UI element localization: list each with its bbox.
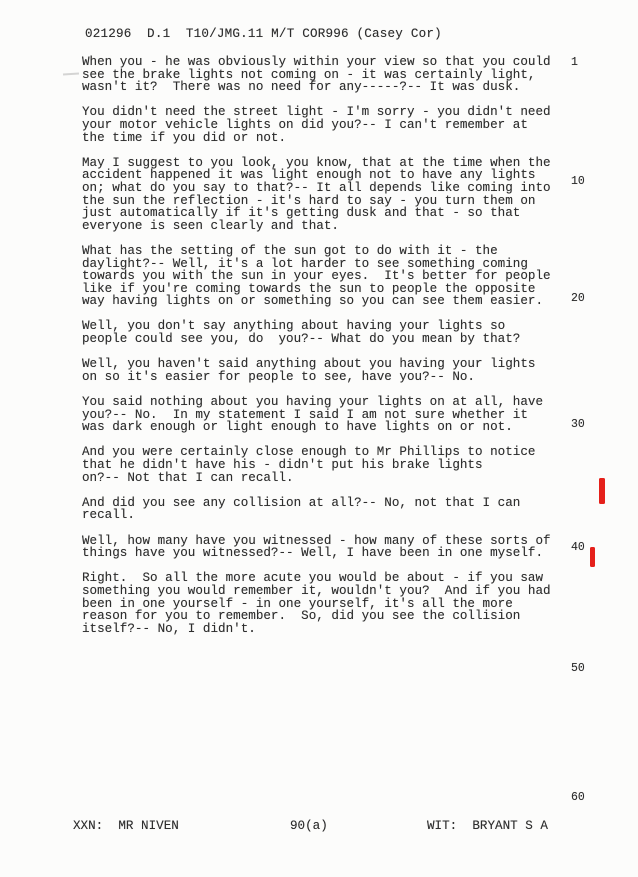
transcript-body: When you - he was obviously within your … [82,56,572,648]
line-number: 50 [571,663,595,675]
transcript-paragraph: You didn't need the street light - I'm s… [82,106,572,144]
line-number: 60 [571,792,595,804]
witness-name: WIT: BRYANT S A [427,820,548,833]
transcript-paragraph: And you were certainly close enough to M… [82,446,572,484]
transcript-paragraph: What has the setting of the sun got to d… [82,245,572,308]
page-header: 021296 D.1 T10/JMG.11 M/T COR996 (Casey … [85,28,442,41]
page-number: 90(a) [290,820,328,833]
examiner-name: XXN: MR NIVEN [73,820,179,833]
line-number: 20 [571,293,595,305]
transcript-paragraph: Right. So all the more acute you would b… [82,572,572,635]
transcript-paragraph: And did you see any collision at all?-- … [82,497,572,522]
transcript-paragraph: Well, you haven't said anything about yo… [82,358,572,383]
transcript-page: 021296 D.1 T10/JMG.11 M/T COR996 (Casey … [0,0,638,877]
line-number: 30 [571,419,595,431]
line-number: 1 [571,57,595,69]
transcript-paragraph: When you - he was obviously within your … [82,56,572,94]
scan-artifact [63,72,79,75]
red-margin-mark [599,478,605,504]
transcript-paragraph: Well, how many have you witnessed - how … [82,535,572,560]
line-number: 10 [571,176,595,188]
red-margin-mark [590,547,595,567]
transcript-paragraph: You said nothing about you having your l… [82,396,572,434]
transcript-paragraph: Well, you don't say anything about havin… [82,320,572,345]
transcript-paragraph: May I suggest to you look, you know, tha… [82,157,572,233]
